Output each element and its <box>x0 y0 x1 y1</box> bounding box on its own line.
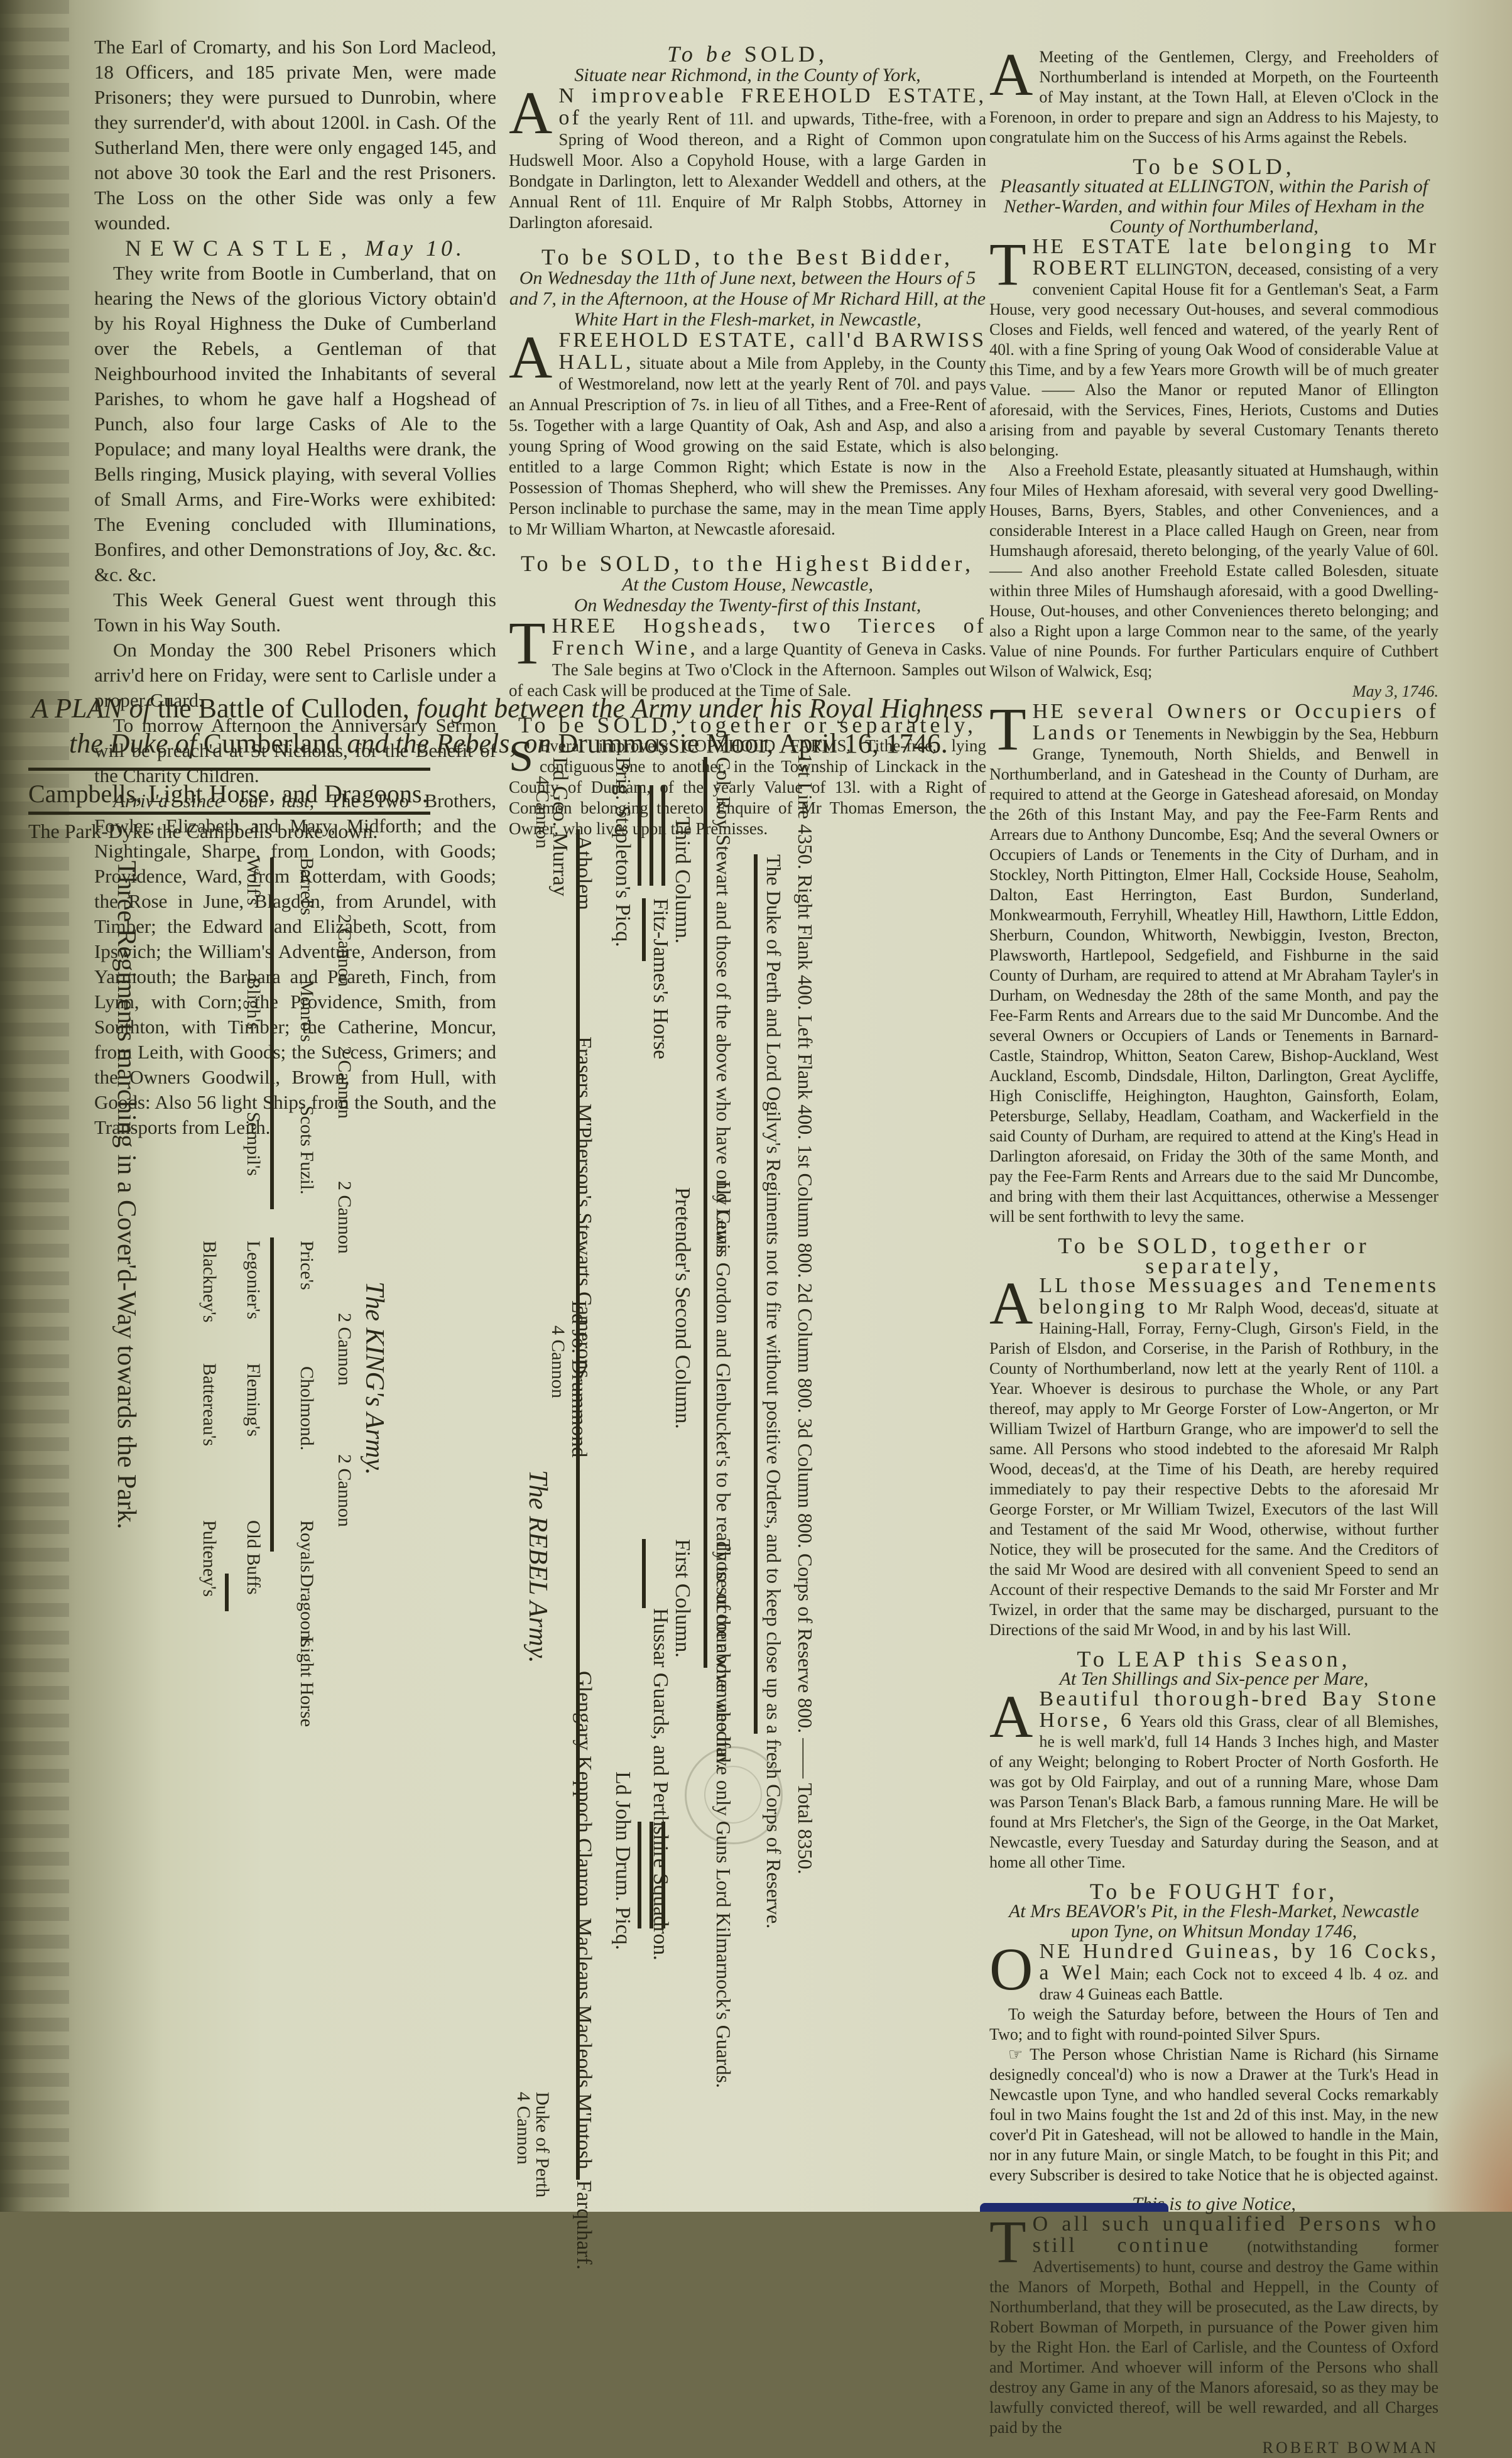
fee-farm-notice: THE several Owners or Occupiers of Lands… <box>989 702 1439 1227</box>
ld-jo-cannon: 4 Cannon <box>547 1325 568 1398</box>
rebel-glengary: Glengary <box>572 1671 596 1751</box>
notice2-date: May 3, 1746. <box>989 682 1439 702</box>
picquet-bar-3 <box>661 785 665 886</box>
third-column: Third Column. <box>670 817 694 944</box>
rebel-keppoch: Keppoch <box>572 1756 596 1833</box>
fitz-james-bar <box>642 898 646 961</box>
army-totals: 1st Line 4350. Right Flank 400. Left Fla… <box>793 754 817 1874</box>
battle-plan-title: A PLAN of the Battle of Culloden, fought… <box>31 691 993 761</box>
ad3-heading: To be SOLD, to the Highest Bidder, <box>509 553 986 574</box>
paper-stain <box>1424 2048 1512 2212</box>
kings-front-bar-2 <box>270 1237 274 1552</box>
pretenders-second-column: Pretender's Second Column. <box>670 1187 694 1429</box>
column-left: The Earl of Cromarty, and his Son Lord M… <box>94 35 496 1140</box>
kings-cannon-4: 2 Cannon <box>334 1313 355 1386</box>
newspaper-page: The Earl of Cromarty, and his Son Lord M… <box>0 0 1512 2212</box>
ad7-subheading: At Ten Shillings and Six-pence per Mare, <box>989 1669 1439 1689</box>
ad6-dropcap: A <box>989 1278 1033 1329</box>
cromarty-report: The Earl of Cromarty, and his Son Lord M… <box>94 35 496 236</box>
ad3-dropcap: T <box>509 618 546 668</box>
plan-title-g: and the Rebels, <box>347 728 516 759</box>
kings-second-legoniers: Legonier's <box>242 1241 264 1319</box>
plan-title-a: A PLAN <box>31 693 122 724</box>
ad1-head-b: SOLD, <box>744 41 828 67</box>
notice2-text: Tenements in Newbiggin by the Sea, Hebbu… <box>989 725 1439 1226</box>
duke-perth-cannon: 4 Cannon <box>513 2092 534 2165</box>
campbells-box-label: Campbells, Light Horse, and Dragoons. <box>28 779 428 808</box>
kings-front-monros: Monro's <box>296 980 317 1042</box>
ad3-body: THREE Hogsheads, two Tierces of French W… <box>509 616 986 701</box>
ad5-heading: To be SOLD, <box>989 156 1439 177</box>
duke-perth: Duke of Perth <box>531 2092 553 2197</box>
ad5-body2: Also a Freehold Estate, pleasantly situa… <box>989 460 1439 682</box>
ad5-subheading: Pleasantly situated at ELLINGTON, within… <box>989 177 1439 237</box>
meeting-notice: AMeeting of the Gentlemen, Clergy, and F… <box>989 47 1439 148</box>
blue-edge <box>980 2203 1168 2212</box>
rebel-macleans: Macleans <box>572 1918 596 1999</box>
rebel-macleods: Macleods <box>572 2005 596 2088</box>
kings-cannon-2: 2 Cannon <box>334 1046 355 1119</box>
plan-title-f: Cumberland <box>204 728 340 759</box>
ad8-heading: To be FOUGHT for, <box>989 1881 1439 1901</box>
picquet-bar-1 <box>638 785 641 886</box>
kings-front-barrels: Barrel's <box>296 857 317 915</box>
bootle-report: They write from Bootle in Cumberland, th… <box>94 261 496 587</box>
notice1-dropcap: A <box>989 50 1033 100</box>
ad8-subheading: At Mrs BEAVOR's Pit, in the Flesh-Market… <box>989 1901 1439 1942</box>
kings-second-blighs: Bligh's <box>242 977 264 1030</box>
column-right: AMeeting of the Gentlemen, Clergy, and F… <box>989 47 1439 2212</box>
ad1-head-a: To be <box>667 41 735 67</box>
plan-title-c: the Battle of Culloden, <box>158 693 410 724</box>
rebel-clanron: Clanron. <box>572 1838 596 1912</box>
rebel-front-group-b: Glengary Keppoch Clanron. Macleans Macle… <box>572 1671 596 2212</box>
kings-third-blackneys: Blackney's <box>199 1241 220 1322</box>
kings-cannon-1: 2 Cannon <box>334 914 355 987</box>
ad5-body: THE ESTATE late belonging to Mr ROBERT E… <box>989 237 1439 460</box>
ad6-heading: To be SOLD, together or separately, <box>989 1236 1439 1276</box>
dateline-date: May 10. <box>365 236 465 261</box>
kings-cavalry-light-horse: Light Horse <box>296 1636 317 1727</box>
kings-second-flemings: Fleming's <box>242 1363 264 1437</box>
rebel-mintosh: M'Intosh. <box>572 2093 596 2175</box>
kings-third-battereaus: Battereau's <box>199 1363 220 1446</box>
park-dyke-label: The Park-Dyke the Campbells broke down. <box>28 820 378 843</box>
dateline: NEWCASTLE, May 10. <box>94 236 496 261</box>
plan-title-e: the Duke of <box>69 728 197 759</box>
ad6-text: Mr Ralph Wood, deceas'd, situate at Hain… <box>989 1299 1439 1639</box>
ad1-heading: To be SOLD, <box>509 44 986 65</box>
brig-stapleton: Brig. Stapleton's Picq. <box>611 757 634 947</box>
rebel-frasers: Frasers <box>572 1036 596 1098</box>
notice1-text: Meeting of the Gentlemen, Clergy, and Fr… <box>989 48 1439 146</box>
ld-john-drum-picq: Ld John Drum. Picq. <box>611 1771 634 1950</box>
book-binding-gutter <box>0 0 69 2212</box>
kings-front-prices: Price's <box>296 1241 317 1290</box>
ld-geo-cannon: 4 Cannon <box>531 776 553 849</box>
campbells-rule-bottom <box>28 812 430 815</box>
rebel-mphersons: M'Pherson's <box>572 1104 596 1207</box>
campbells-rule-top <box>28 768 430 771</box>
kings-cannon-3: 2 Cannon <box>334 1181 355 1254</box>
plan-title-b: of <box>129 693 151 724</box>
ad7-dropcap: A <box>989 1692 1033 1742</box>
kings-second-old-buffs: Old Buffs <box>242 1520 264 1595</box>
dateline-place: NEWCASTLE, <box>125 236 356 261</box>
plan-title-i: Drummossie Moor, April 16, 1746. <box>558 728 947 759</box>
ad2-heading: To be SOLD, to the Best Bidder, <box>509 247 986 268</box>
ad2-text: situate about a Mile from Appleby, in th… <box>509 354 986 538</box>
rebel-army-label: The REBEL Army. <box>523 1470 553 1663</box>
ad7-body: ABeautiful thorough-bred Bay Stone Horse… <box>989 1689 1439 1873</box>
ad3-sub2: On Wednesday the Twenty-first of this In… <box>509 595 986 616</box>
ad5-dropcap: T <box>989 239 1026 290</box>
reserve-bar <box>754 854 758 1734</box>
ad1-body: AN improveable FREEHOLD ESTATE, of the y… <box>509 85 986 233</box>
second-line-bar <box>704 757 707 1668</box>
kings-third-pulteneys: Pulteney's <box>199 1520 220 1597</box>
ad1-dropcap: A <box>509 88 552 138</box>
plan-title-h: on <box>523 728 551 759</box>
picquet-bar-2 <box>650 785 653 886</box>
kings-army-label: The KING's Army. <box>359 1281 389 1475</box>
kings-front-bar-1 <box>270 857 274 1209</box>
three-regiments-label: Three Regiments marching in a Cover'd-Wa… <box>111 861 141 1529</box>
notice2-dropcap: T <box>989 704 1026 754</box>
rebel-stewarts: Stewarts <box>572 1212 596 1286</box>
rebel-front-group-a: Frasers M'Pherson's Stewarts Camerons <box>572 1036 596 1378</box>
plan-title-d: fought between the Army under his Royal … <box>416 693 983 724</box>
kings-front-scots-fuzil: Scots Fuzil. <box>296 1106 317 1195</box>
ad2-body: AFREEHOLD ESTATE, call'd BARWISS HALL, s… <box>509 330 986 540</box>
fitz-james-horse: Fitz-James's Horse <box>648 898 672 1059</box>
rebel-atholem: Atholem. <box>572 835 596 915</box>
kings-second-wolfs: Wolf's <box>242 857 264 905</box>
ad2-subheading: On Wednesday the 11th of June next, betw… <box>509 268 986 330</box>
rebel-camerons: Camerons <box>572 1292 596 1378</box>
first-column: First Column. <box>670 1539 694 1658</box>
ad7-heading: To LEAP this Season, <box>989 1649 1439 1669</box>
ad8-dropcap: O <box>989 1944 1033 1994</box>
rebel-farquharf: Farquharf. <box>572 2180 596 2212</box>
kings-front-cholmond: Cholmond. <box>296 1366 317 1450</box>
ad8-richard-notice: ☞ The Person whose Christian Name is Ric… <box>989 2045 1439 2185</box>
hussar-bar <box>642 1539 646 1608</box>
ad6-body: ALL those Messuages and Tenements belong… <box>989 1276 1439 1640</box>
rebel-front-part1: Atholem. <box>572 835 596 915</box>
ad5-text: ELLINGTON, deceased, consisting of a ver… <box>989 260 1439 459</box>
kings-second-sempils: Sempil's <box>242 1112 264 1176</box>
kings-cavalry-bar-1 <box>225 1574 229 1611</box>
kings-cannon-5: 2 Cannon <box>334 1454 355 1527</box>
ad7-text: Years old this Grass, clear of all Blemi… <box>989 1712 1439 1871</box>
ad3-sub1: At the Custom House, Newcastle, <box>509 574 986 595</box>
picquet-bar-4 <box>638 1822 641 1928</box>
ad8-body: ONE Hundred Guineas, by 16 Cocks, a Wel … <box>989 1942 1439 2004</box>
hussar-guards: Hussar Guards, and Perthshire Squadron. <box>648 1608 672 1960</box>
general-guest: This Week General Guest went through thi… <box>94 587 496 638</box>
kings-front-royals: Royals <box>296 1520 317 1572</box>
ad8-weigh: To weigh the Saturday before, between th… <box>989 2004 1439 2045</box>
ad1-subheading: Situate near Richmond, in the County of … <box>509 65 986 85</box>
library-stamp <box>685 1746 783 1844</box>
ad2-dropcap: A <box>509 332 552 383</box>
